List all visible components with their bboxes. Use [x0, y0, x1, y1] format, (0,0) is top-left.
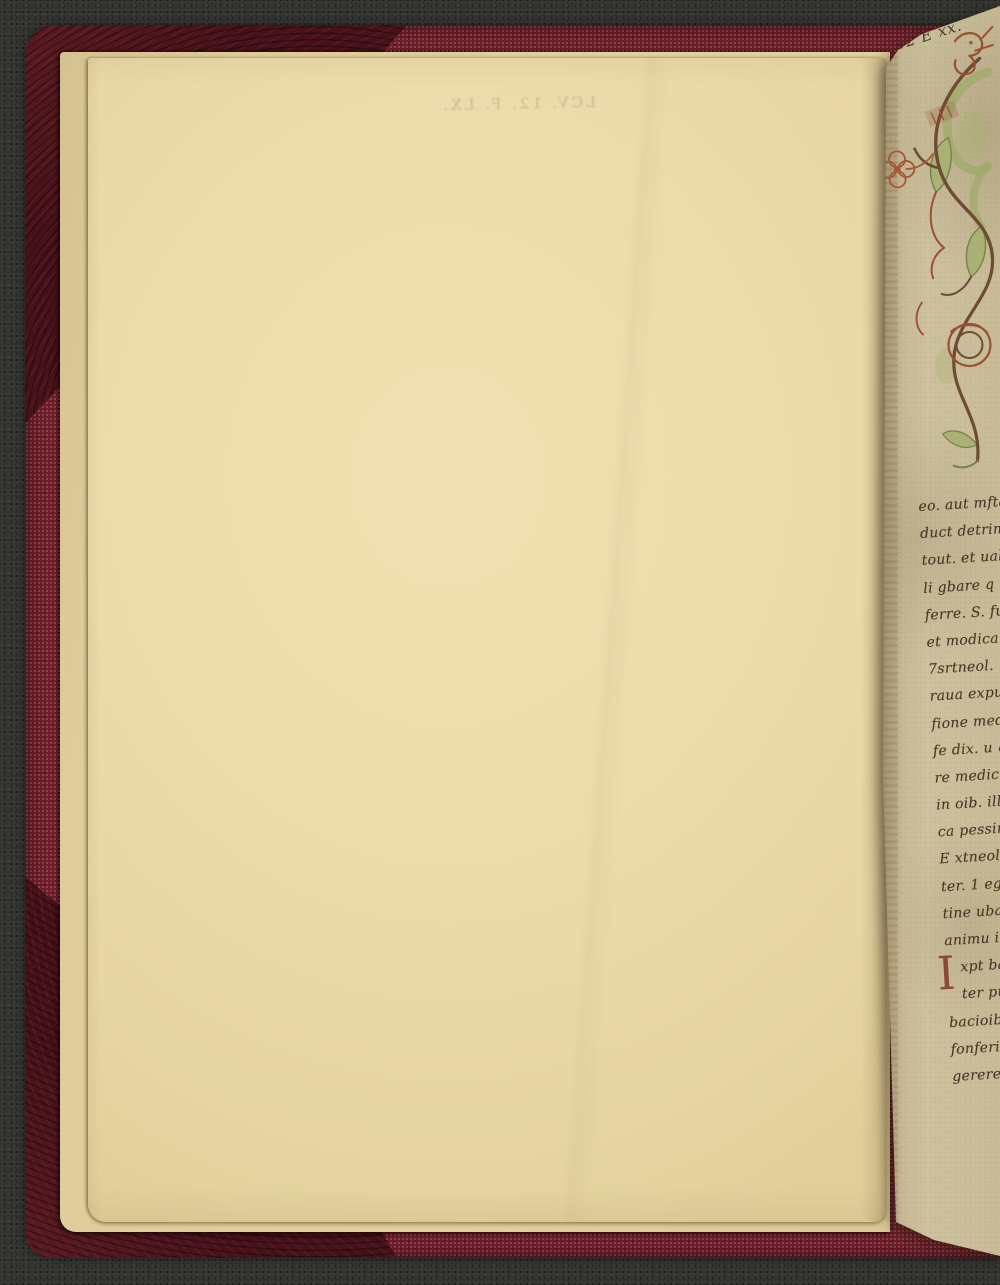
text-run: in oib. illa e ceris ag	[936, 789, 1000, 814]
text-run: ca pessima. p deter	[937, 816, 1000, 841]
text-run: et modica infideli	[926, 627, 1000, 651]
text-run: duct detrimnet poft	[920, 518, 1000, 543]
manuscript-leaf: 12 E xx.	[878, 0, 1000, 1285]
text-run: fonferit aliqd s	[950, 1035, 1000, 1057]
text-run: raua expuner. t	[929, 682, 1000, 705]
text-run: eo. aut mftaru illa t	[918, 490, 1000, 514]
text-run: 7srtneol.	[928, 658, 995, 678]
text-run: tine uba blanda	[942, 899, 1000, 922]
manuscript-photograph: LCV. 12. F. LX. 12 E xx.	[0, 0, 1000, 1285]
text-run: tout. et ualebit. h	[921, 546, 1000, 570]
text-run: fe dix. u q fermi	[932, 736, 1000, 759]
parchment-folio: 12 E xx.	[878, 0, 1000, 1285]
text-run: animu ipfi. sd ul	[944, 926, 1000, 949]
text-run: ter. 1 eger blam	[941, 872, 1000, 895]
text-run: fione medicine. r	[931, 709, 1000, 732]
manuscript-text-line: eo. aut mftaru illa t	[918, 476, 1000, 521]
offset-inscription: LCV. 12. F. LX.	[396, 93, 596, 115]
text-run: gerere. uult oi	[952, 1063, 1000, 1085]
text-run: bacioib; uentr	[949, 1009, 1000, 1031]
text-run: E xtneol dix. amica	[939, 843, 1000, 867]
text-run: ferre. S. fuit illud	[924, 600, 1000, 624]
text-run: re medicine etot.	[934, 763, 1000, 786]
text-run: xpt bacioml ui	[960, 953, 1000, 975]
text-run: ter purgari pu	[961, 980, 1000, 1002]
text-run: li gbare q uel fraer	[923, 572, 1000, 596]
blank-flyleaf: LCV. 12. F. LX.	[88, 58, 886, 1222]
illuminated-initial: I	[936, 953, 957, 994]
